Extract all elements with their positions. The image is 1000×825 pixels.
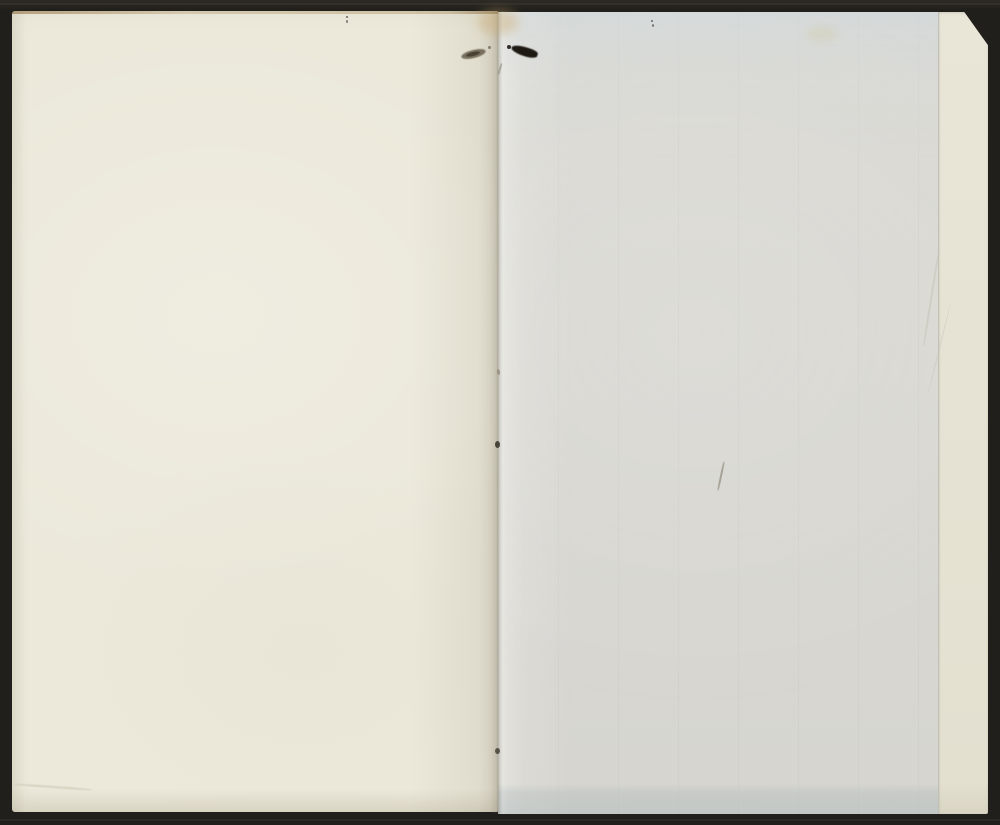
crease-scratch-a <box>923 252 940 346</box>
stitch-speck-lower <box>495 748 500 754</box>
gray-dot-left-gutter <box>488 46 491 49</box>
page-stack-line <box>14 783 92 790</box>
crease-scratch-b <box>928 303 951 393</box>
stitch-speck-middle <box>495 441 500 448</box>
paper-speck-right-b <box>652 24 654 27</box>
fiber-hair <box>717 461 725 491</box>
ink-blot-right <box>510 43 538 60</box>
paper-speck-top-left-a <box>346 16 348 18</box>
stitch-speck-upper <box>497 369 501 375</box>
book-spread-photo <box>0 0 1000 825</box>
paper-speck-right-a <box>651 20 653 22</box>
marks-layer <box>0 0 1000 825</box>
gutter-stain-top <box>477 9 519 35</box>
tissue-stain-yellow <box>806 26 838 42</box>
paper-speck-top-left-b <box>346 20 348 23</box>
thread-squiggle <box>497 63 502 75</box>
